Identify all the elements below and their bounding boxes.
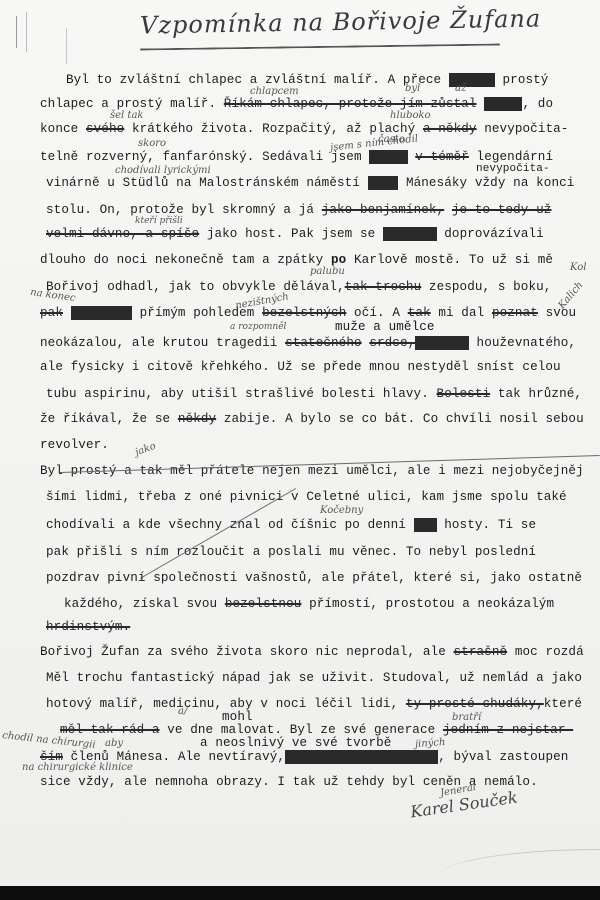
typed-line: Bořivoj Žufan za svého života skoro nic … [40,645,584,659]
handwritten-note: často [378,134,405,145]
typed-insertion: muže a umělce [335,320,435,334]
handwritten-note: kteří přišli [135,216,183,226]
typed-line: Byl to zvláštní chlapec a zvláštní malíř… [66,73,548,87]
margin-pencil-mark [66,28,69,64]
typed-line: neokázalou, ale krutou tragedii statečné… [40,336,576,350]
typed-line: velmi dávno, a spíše jako host. Pak jsem… [46,227,544,241]
handwritten-note: hluboko [390,110,431,121]
typed-insertion: nevypočita- [476,163,550,175]
handwritten-title: Vzpomínka na Bořivoje Žufana [140,5,542,40]
scan-bottom-edge [0,886,600,900]
typed-line: stolu. On, protože byl skromný a já jako… [46,203,551,217]
typed-line: pak přišli s ním rozloučit a poslali mu … [46,545,536,559]
typed-line: Měl trochu fantastický nápad jak se uživ… [46,671,582,685]
typed-line: hotový malíř, medicinu, aby v noci léčil… [46,697,582,711]
typed-line: Bořivoj odhadl, jak to obvykle dělával,t… [46,280,551,294]
typed-line: hrdinstvým. [46,620,130,634]
typed-line: vinárně u Stüdlů na Malostránském náměst… [46,176,574,190]
handwritten-note: jako [134,441,158,459]
margin-pencil-mark [26,12,37,52]
handwritten-note: Kočebny [320,505,363,516]
typed-line: tubu aspirinu, aby utišil strašlivé bole… [46,387,582,401]
handwritten-note: až [455,83,466,94]
handwritten-note: chlapcem [250,86,299,97]
typed-line: dlouho do noci nekonečně tam a zpátky po… [40,253,553,267]
handwritten-note: šel tak [110,110,143,121]
handwritten-note: chodívali lyrickými [115,165,211,176]
typed-insertion: mohl [222,710,253,724]
handwritten-note: Kol [570,262,586,273]
handwritten-note: aby [105,738,123,749]
typed-line: chodívali a kde všechny znal od číšnic p… [46,518,536,532]
typed-insertion: a neoslnivý ve své tvorbě [200,736,391,750]
typed-line: každého, získal svou bezelstnou přímostí… [64,597,554,611]
handwritten-note: jiných [415,737,446,750]
typed-line: chlapec a prostý malíř. Říkám chlapec, p… [40,97,553,111]
scanned-manuscript-page: Vzpomínka na Bořivoje Žufana Byl to zvlá… [0,0,600,888]
handwritten-note: palubu [310,266,345,277]
page-curl [440,849,600,876]
handwritten-note: bratří [452,712,481,723]
handwritten-note: na chirurgické klinice [22,762,133,773]
handwritten-note: byl [405,83,420,94]
typed-line: šími lidmi, třeba z oné pivnici v Celetn… [46,490,567,504]
typed-line: ale fysicky i citově křehkého. Už se pře… [40,360,561,374]
handwritten-note: a rozpomněl [230,322,286,332]
title-underline [140,43,500,50]
typed-line: měl tak rád a ve dne malovat. Byl ze své… [60,723,573,737]
handwritten-note: skoro [138,138,166,149]
typed-line: že říkával, že se někdy zabije. A bylo s… [40,412,584,426]
typed-line: telně rozverný, fanfarónský. Sedávali js… [40,150,553,164]
handwritten-note: a/ [178,706,187,717]
typed-line: konce svého krátkého života. Rozpačitý, … [40,122,568,136]
typed-line: pozdrav pivní společnosti vašnostů, ale … [46,571,582,585]
typed-line: pak pohledem přímým pohledem bezelstných… [40,306,576,320]
typed-line: revolver. [40,438,109,452]
